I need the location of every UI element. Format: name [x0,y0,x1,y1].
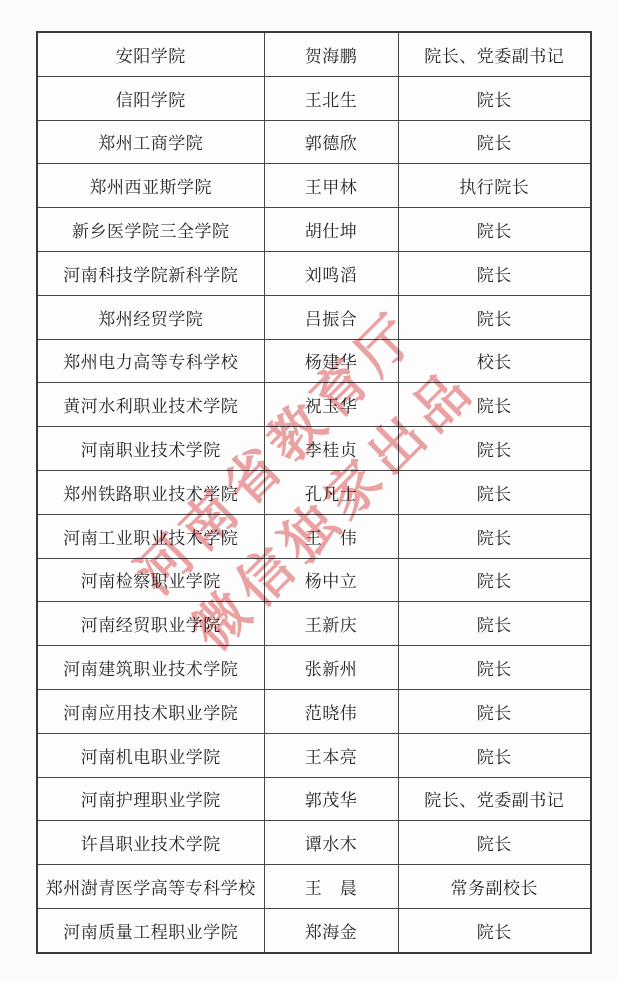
institution-cell: 信阳学院 [37,76,264,120]
title-cell: 院长 [398,821,591,865]
person-cell: 贺海鹏 [264,32,398,76]
institution-cell: 郑州工商学院 [37,120,264,164]
table-row: 河南科技学院新科学院刘鸣滔院长 [37,251,591,295]
person-cell: 范晓伟 [264,689,398,733]
roster-table: 安阳学院贺海鹏院长、党委副书记信阳学院王北生院长郑州工商学院郭德欣院长郑州西亚斯… [36,31,592,954]
person-cell: 谭水木 [264,821,398,865]
title-cell: 院长 [398,558,591,602]
title-cell: 院长、党委副书记 [398,777,591,821]
table-row: 郑州工商学院郭德欣院长 [37,120,591,164]
table-row: 河南工业职业技术学院王 伟院长 [37,514,591,558]
institution-cell: 郑州经贸学院 [37,295,264,339]
institution-cell: 河南建筑职业技术学院 [37,646,264,690]
person-cell: 郭茂华 [264,777,398,821]
person-cell: 王甲林 [264,164,398,208]
person-cell: 祝玉华 [264,383,398,427]
institution-cell: 郑州电力高等专科学校 [37,339,264,383]
institution-cell: 河南科技学院新科学院 [37,251,264,295]
table-row: 郑州澍青医学高等专科学校王 晨常务副校长 [37,865,591,909]
table-row: 河南质量工程职业学院郑海金院长 [37,908,591,952]
title-cell: 执行院长 [398,164,591,208]
table-row: 河南检察职业学院杨中立院长 [37,558,591,602]
title-cell: 院长 [398,208,591,252]
title-cell: 院长 [398,76,591,120]
title-cell: 院长 [398,689,591,733]
table-row: 安阳学院贺海鹏院长、党委副书记 [37,32,591,76]
title-cell: 常务副校长 [398,865,591,909]
person-cell: 王 伟 [264,514,398,558]
title-cell: 院长 [398,470,591,514]
person-cell: 王新庆 [264,602,398,646]
table-row: 郑州电力高等专科学校杨建华校长 [37,339,591,383]
title-cell: 院长 [398,602,591,646]
institution-cell: 河南机电职业学院 [37,733,264,777]
title-cell: 院长 [398,120,591,164]
institution-cell: 郑州铁路职业技术学院 [37,470,264,514]
institution-cell: 河南护理职业学院 [37,777,264,821]
person-cell: 王本亮 [264,733,398,777]
person-cell: 郭德欣 [264,120,398,164]
table-row: 信阳学院王北生院长 [37,76,591,120]
person-cell: 张新州 [264,646,398,690]
table-row: 河南经贸职业学院王新庆院长 [37,602,591,646]
institution-cell: 河南应用技术职业学院 [37,689,264,733]
person-cell: 杨建华 [264,339,398,383]
title-cell: 校长 [398,339,591,383]
table-row: 郑州经贸学院吕振合院长 [37,295,591,339]
person-cell: 吕振合 [264,295,398,339]
person-cell: 王 晨 [264,865,398,909]
table-row: 河南建筑职业技术学院张新州院长 [37,646,591,690]
institution-cell: 郑州西亚斯学院 [37,164,264,208]
table-row: 许昌职业技术学院谭水木院长 [37,821,591,865]
table-row: 郑州西亚斯学院王甲林执行院长 [37,164,591,208]
person-cell: 郑海金 [264,908,398,952]
title-cell: 院长 [398,646,591,690]
title-cell: 院长 [398,514,591,558]
person-cell: 孔凡士 [264,470,398,514]
table-row: 河南机电职业学院王本亮院长 [37,733,591,777]
institution-cell: 河南检察职业学院 [37,558,264,602]
title-cell: 院长 [398,908,591,952]
page: 安阳学院贺海鹏院长、党委副书记信阳学院王北生院长郑州工商学院郭德欣院长郑州西亚斯… [0,0,617,981]
title-cell: 院长、党委副书记 [398,32,591,76]
table-row: 河南职业技术学院李桂贞院长 [37,427,591,471]
institution-cell: 安阳学院 [37,32,264,76]
institution-cell: 河南工业职业技术学院 [37,514,264,558]
institution-cell: 新乡医学院三全学院 [37,208,264,252]
person-cell: 刘鸣滔 [264,251,398,295]
institution-cell: 河南质量工程职业学院 [37,908,264,952]
person-cell: 胡仕坤 [264,208,398,252]
title-cell: 院长 [398,427,591,471]
table-row: 河南护理职业学院郭茂华院长、党委副书记 [37,777,591,821]
person-cell: 杨中立 [264,558,398,602]
title-cell: 院长 [398,733,591,777]
table-row: 新乡医学院三全学院胡仕坤院长 [37,208,591,252]
institution-cell: 河南职业技术学院 [37,427,264,471]
title-cell: 院长 [398,295,591,339]
table-row: 黄河水利职业技术学院祝玉华院长 [37,383,591,427]
institution-cell: 许昌职业技术学院 [37,821,264,865]
institution-cell: 黄河水利职业技术学院 [37,383,264,427]
person-cell: 王北生 [264,76,398,120]
institution-cell: 河南经贸职业学院 [37,602,264,646]
title-cell: 院长 [398,383,591,427]
title-cell: 院长 [398,251,591,295]
table-row: 郑州铁路职业技术学院孔凡士院长 [37,470,591,514]
person-cell: 李桂贞 [264,427,398,471]
table-row: 河南应用技术职业学院范晓伟院长 [37,689,591,733]
institution-cell: 郑州澍青医学高等专科学校 [37,865,264,909]
